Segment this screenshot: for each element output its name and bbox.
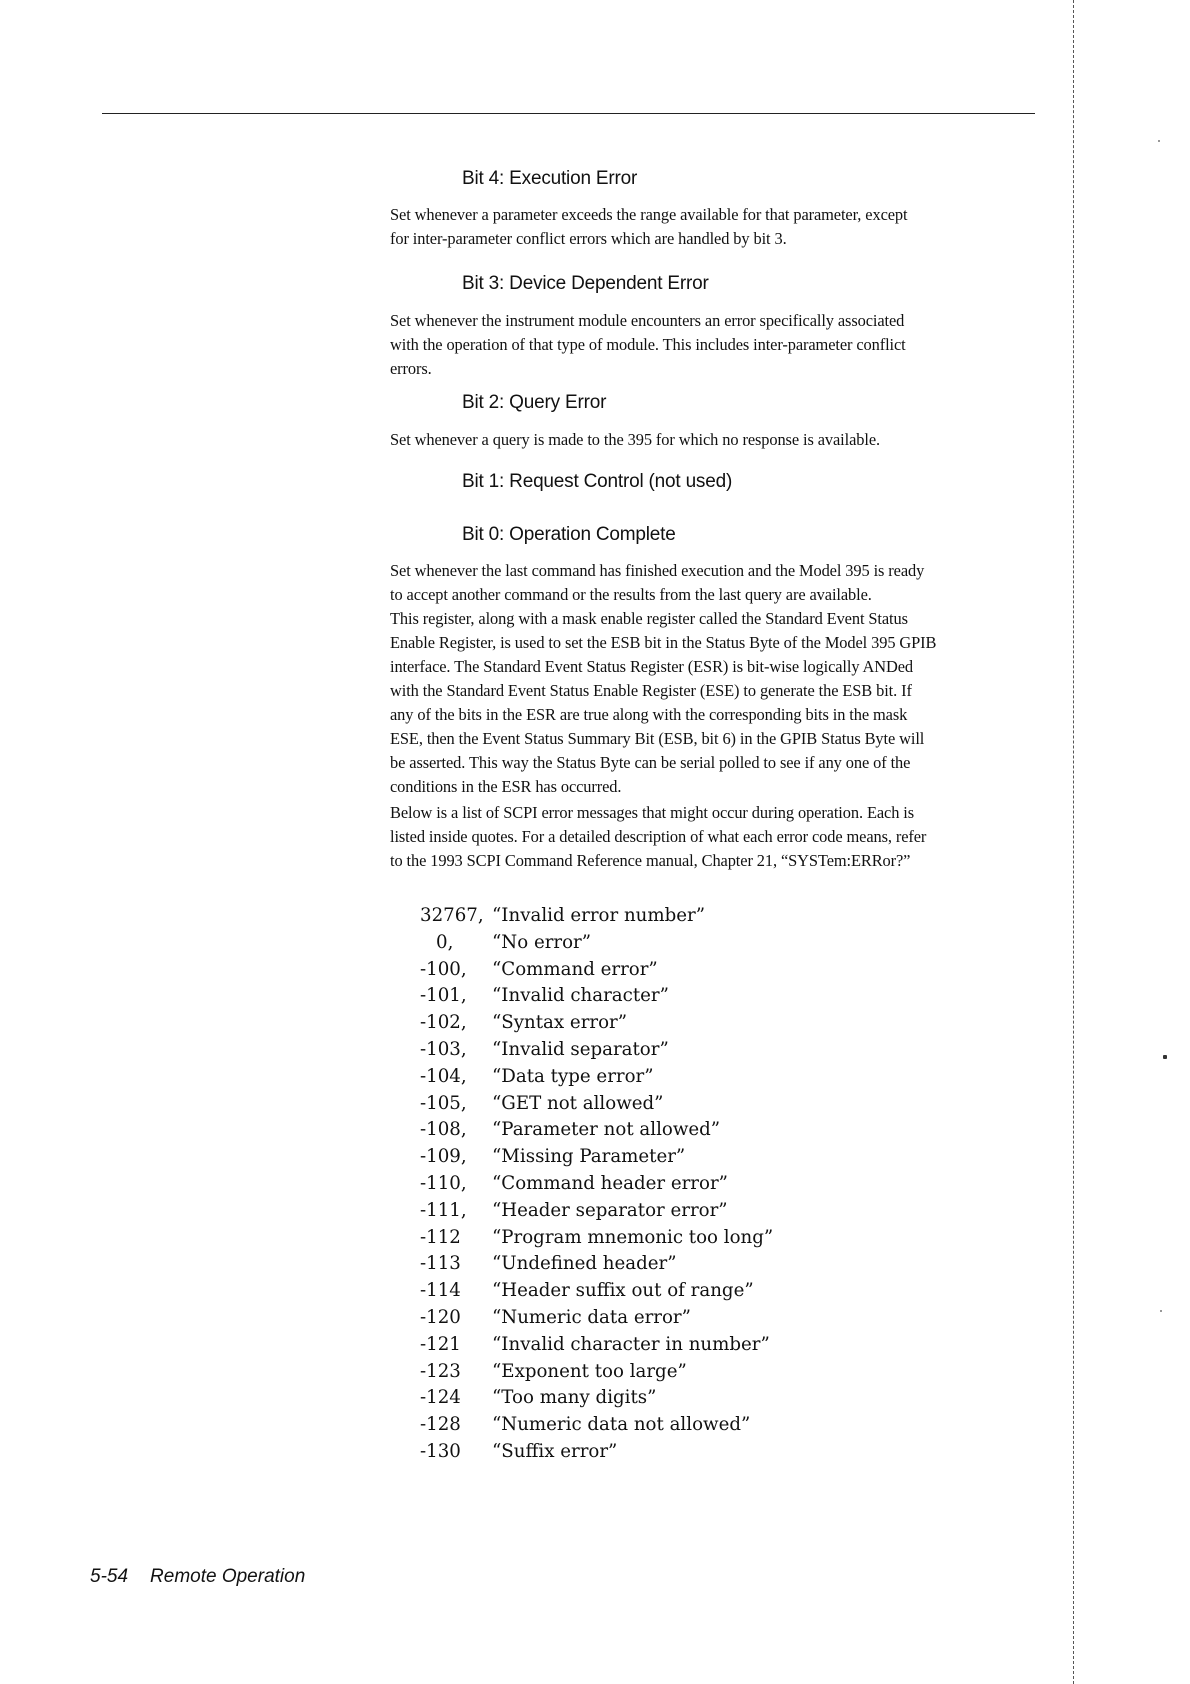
error-message: “Header suffix out of range” [492,1278,754,1305]
text-line: Set whenever a query is made to the 395 … [390,428,1036,452]
text-line: conditions in the ESR has occurred. [390,775,1036,799]
error-code: -100, [420,957,492,984]
error-message: “Numeric data not allowed” [492,1412,750,1439]
error-row: -104,“Data type error” [420,1064,773,1091]
text-line: be asserted. This way the Status Byte ca… [390,751,1036,775]
error-message: “Numeric data error” [492,1305,691,1332]
error-row: -102,“Syntax error” [420,1010,773,1037]
error-code: 32767, [420,903,492,930]
text-line: with the Standard Event Status Enable Re… [390,679,1036,703]
text-line: Below is a list of SCPI error messages t… [390,801,1036,825]
text-line: for inter-parameter conflict errors whic… [390,227,1036,251]
error-row: -123“Exponent too large” [420,1359,773,1386]
section-heading-bit1: Bit 1: Request Control (not used) [462,471,732,493]
scan-speck [1163,1055,1167,1059]
page-footer: 5-54Remote Operation [90,1566,305,1588]
section-title: Remote Operation [150,1566,305,1587]
error-row: -121“Invalid character in number” [420,1332,773,1359]
error-row: -101,“Invalid character” [420,983,773,1010]
register-paragraph: This register, along with a mask enable … [390,607,1036,799]
section-body-bit3: Set whenever the instrument module encou… [390,309,1036,381]
error-code: -112 [420,1225,492,1252]
error-code: -109, [420,1144,492,1171]
error-message: “Too many digits” [492,1385,656,1412]
scan-speck [1160,1310,1162,1312]
error-code: -121 [420,1332,492,1359]
error-message: “Command header error” [492,1171,728,1198]
error-row: -120“Numeric data error” [420,1305,773,1332]
page-number: 5-54 [90,1566,128,1587]
section-heading-bit0: Bit 0: Operation Complete [462,524,676,546]
error-row: -124“Too many digits” [420,1385,773,1412]
text-line: Enable Register, is used to set the ESB … [390,631,1036,655]
text-line: This register, along with a mask enable … [390,607,1036,631]
error-row: -110,“Command header error” [420,1171,773,1198]
error-code: -105, [420,1091,492,1118]
error-code: -130 [420,1439,492,1466]
error-message: “Exponent too large” [492,1359,687,1386]
error-message: “Invalid error number” [492,903,705,930]
text-line: any of the bits in the ESR are true alon… [390,703,1036,727]
header-rule [102,113,1035,114]
error-message: “Missing Parameter” [492,1144,685,1171]
error-code: -113 [420,1251,492,1278]
error-row: -103,“Invalid separator” [420,1037,773,1064]
text-line: with the operation of that type of modul… [390,333,1036,357]
error-message: “No error” [492,930,591,957]
error-row: -112“Program mnemonic too long” [420,1225,773,1252]
error-row: -114“Header suffix out of range” [420,1278,773,1305]
error-message: “Invalid character in number” [492,1332,770,1359]
section-body-bit2: Set whenever a query is made to the 395 … [390,428,1036,452]
error-code: -103, [420,1037,492,1064]
error-code: -101, [420,983,492,1010]
error-row: 0,“No error” [420,930,773,957]
error-message: “Header separator error” [492,1198,728,1225]
section-heading-bit4: Bit 4: Execution Error [462,168,637,190]
text-line: Set whenever the last command has finish… [390,559,1036,583]
error-row: -109,“Missing Parameter” [420,1144,773,1171]
error-message: “Invalid character” [492,983,669,1010]
error-code: -124 [420,1385,492,1412]
text-line: Set whenever a parameter exceeds the ran… [390,203,1036,227]
error-code: 0, [420,930,492,957]
text-line: to accept another command or the results… [390,583,1036,607]
error-row: -113“Undefined header” [420,1251,773,1278]
error-code: -102, [420,1010,492,1037]
section-body-bit0: Set whenever the last command has finish… [390,559,1036,607]
error-code-list: 32767,“Invalid error number” 0,“No error… [420,903,773,1466]
error-row: -128“Numeric data not allowed” [420,1412,773,1439]
error-message: “Syntax error” [492,1010,627,1037]
error-message: “Parameter not allowed” [492,1117,720,1144]
section-body-bit4: Set whenever a parameter exceeds the ran… [390,203,1036,251]
text-line: interface. The Standard Event Status Reg… [390,655,1036,679]
error-code: -123 [420,1359,492,1386]
text-line: ESE, then the Event Status Summary Bit (… [390,727,1036,751]
error-code: -110, [420,1171,492,1198]
error-message: “Suffix error” [492,1439,617,1466]
error-message: “Data type error” [492,1064,654,1091]
error-row: -108,“Parameter not allowed” [420,1117,773,1144]
section-heading-bit2: Bit 2: Query Error [462,392,606,414]
error-code: -108, [420,1117,492,1144]
error-row: -111,“Header separator error” [420,1198,773,1225]
error-code: -128 [420,1412,492,1439]
error-code: -120 [420,1305,492,1332]
error-code: -114 [420,1278,492,1305]
text-line: errors. [390,357,1036,381]
error-message: “Program mnemonic too long” [492,1225,773,1252]
text-line: listed inside quotes. For a detailed des… [390,825,1036,849]
error-code: -104, [420,1064,492,1091]
text-line: to the 1993 SCPI Command Reference manua… [390,849,1036,873]
error-list-intro: Below is a list of SCPI error messages t… [390,801,1036,873]
error-row: -130“Suffix error” [420,1439,773,1466]
error-row: -100,“Command error” [420,957,773,984]
error-row: 32767,“Invalid error number” [420,903,773,930]
error-message: “Undefined header” [492,1251,677,1278]
text-line: Set whenever the instrument module encou… [390,309,1036,333]
error-message: “GET not allowed” [492,1091,663,1118]
scan-speck [1158,140,1160,142]
error-message: “Invalid separator” [492,1037,669,1064]
error-message: “Command error” [492,957,658,984]
section-heading-bit3: Bit 3: Device Dependent Error [462,273,709,295]
error-code: -111, [420,1198,492,1225]
page-edge-line [1073,0,1074,1684]
error-row: -105,“GET not allowed” [420,1091,773,1118]
